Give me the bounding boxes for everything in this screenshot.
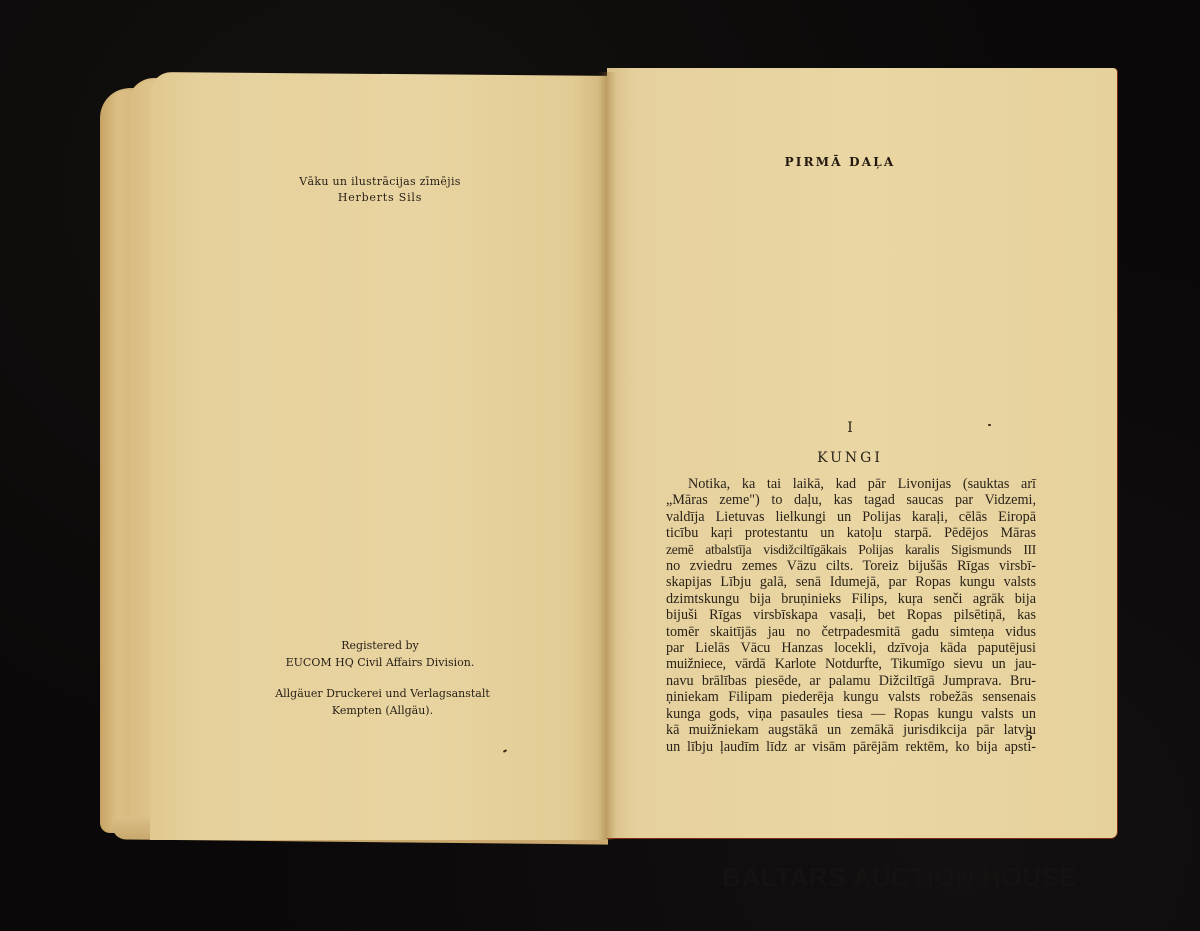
body-line: kunga gods, viņa pasaules tiesa — Ropas … [666,706,1036,722]
body-line: tomēr skaitījās jau no četrpadesmitā gad… [666,624,1036,640]
body-line: ticību kaŗi protestantu un katoļu starpā… [666,525,1036,541]
credit-line-2: Herberts Sils [270,190,490,206]
registration-notice: Registered by EUCOM HQ Civil Affairs Div… [240,637,520,671]
printer-line-2: Kempten (Allgäu). [240,702,525,719]
body-line: bijuši Rīgas virsbīskapa vasaļi, bet Rop… [666,607,1036,623]
registration-line-2: EUCOM HQ Civil Affairs Division. [240,654,520,671]
paper-speck [988,424,991,426]
body-line: muižniece, vārdā Karlote Notdurfte, Tiku… [666,656,1036,672]
body-line: un lībju ļaudīm līdz ar visām pārējām re… [666,739,1036,755]
illustrator-credit: Vāku un ilustrācijas zīmējis Herberts Si… [270,174,490,206]
body-line: no zviedru zemes Vāzu cilts. Toreiz biju… [666,558,1036,574]
body-line: Notika, ka tai laikā, kad pār Livonijas … [666,476,1036,492]
part-title: PIRMĀ DAĻA [740,155,940,169]
chapter-title: KUNGI [780,450,920,466]
body-line: par Lielās Vācu Hanzas locekli, dzīvoja … [666,640,1036,656]
printer-line-1: Allgäuer Druckerei und Verlagsanstalt [240,685,525,702]
watermark: BALTARS AUCTION HOUSE [722,862,1142,893]
body-line: skapijas Lībju galā, senā Idumejā, par R… [666,574,1036,590]
registration-line-1: Registered by [240,637,520,654]
body-line: „Māras zeme") to daļu, kas tagad saucas … [666,492,1036,508]
body-line: valdīja Lietuvas lielkungi un Polijas ka… [666,509,1036,525]
body-line: ņiniekam Filipam piederēja kungu valsts … [666,689,1036,705]
chapter-number: I [800,420,900,436]
chapter-body-text: Notika, ka tai laikā, kad pār Livonijas … [666,476,1036,755]
credit-line-1: Vāku un ilustrācijas zīmējis [270,174,490,190]
body-line: kā muižniekam augstākā un zemākā jurisdi… [666,722,1036,738]
printer-imprint: Allgäuer Druckerei und Verlagsanstalt Ke… [240,685,525,719]
body-line: zemē atbalstīja visdižciltīgākais Polija… [666,542,1036,558]
body-line: dzimtskungu bija bruņinieks Filips, kuŗa… [666,591,1036,607]
body-line: navu brālības piesēde, ar palamu Dižcilt… [666,673,1036,689]
book-gutter [598,72,616,840]
page-number: 5 [1026,728,1033,744]
